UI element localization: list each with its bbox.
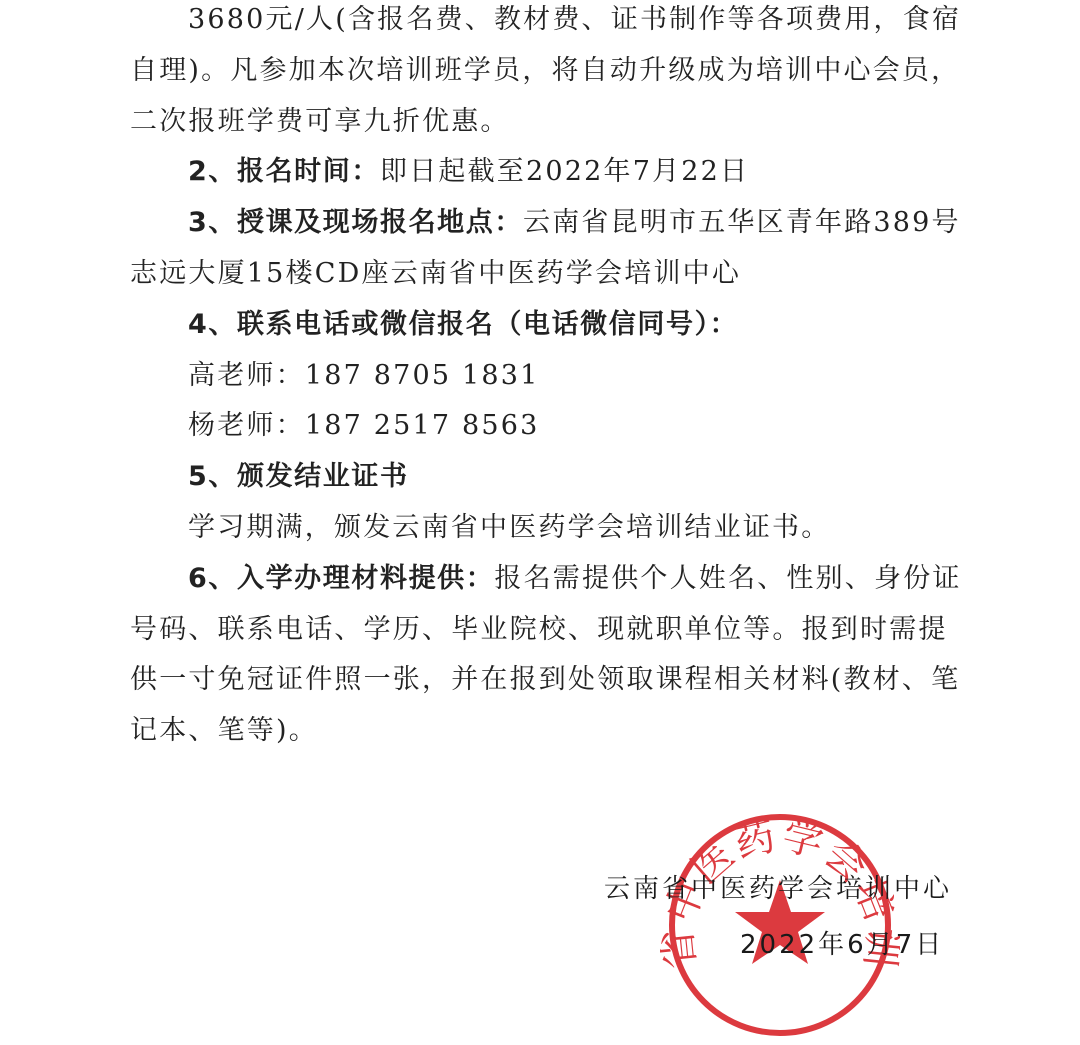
fee-line-2: 自理)。凡参加本次培训班学员，将自动升级成为培训中心会员， [130,53,960,89]
signature-organization: 云南省中医药学会培训中心 [604,872,952,906]
fee-line-3: 二次报班学费可享九折优惠。 [130,104,960,140]
contact-name: 高老师： [188,360,305,391]
registration-time-heading: 2、报名时间： [188,156,380,187]
location-heading: 3、授课及现场报名地点： [188,207,523,238]
contact-name: 杨老师： [188,410,305,441]
signature-date: 2022年6月7日 [740,928,944,962]
materials-body: 报名需提供个人姓名、性别、身份证 [494,563,961,594]
registration-time-paragraph: 2、报名时间：即日起截至2022年7月22日 [188,154,1018,190]
contact-item: 高老师：187 8705 1831 [188,358,1018,394]
certificate-heading: 5、颁发结业证书 [188,459,1018,495]
contact-phone: 187 8705 1831 [305,360,540,391]
materials-body-line4: 记本、笔等)。 [130,713,960,749]
materials-heading: 6、入学办理材料提供： [188,563,494,594]
location-body: 云南省昆明市五华区青年路389号 [523,207,961,238]
contact-item: 杨老师：187 2517 8563 [188,408,1018,444]
official-seal-stamp: 云南省中医药学会培训中心 [660,800,900,1045]
certificate-body: 学习期满，颁发云南省中医药学会培训结业证书。 [188,510,1018,546]
location-paragraph: 3、授课及现场报名地点：云南省昆明市五华区青年路389号 [188,205,1018,241]
contact-heading: 4、联系电话或微信报名（电话微信同号）： [188,307,1018,343]
document-page: 3680元/人(含报名费、教材费、证书制作等各项费用，食宿 自理)。凡参加本次培… [0,0,1080,1045]
fee-line-1: 3680元/人(含报名费、教材费、证书制作等各项费用，食宿 [188,2,1018,38]
contact-phone: 187 2517 8563 [305,410,540,441]
materials-body-line2: 号码、联系电话、学历、毕业院校、现就职单位等。报到时需提 [130,612,960,648]
materials-body-line3: 供一寸免冠证件照一张，并在报到处领取课程相关材料(教材、笔 [130,662,960,698]
registration-time-body: 即日起截至2022年7月22日 [380,156,749,187]
location-body-line2: 志远大厦15楼CD座云南省中医药学会培训中心 [130,256,960,292]
materials-paragraph: 6、入学办理材料提供：报名需提供个人姓名、性别、身份证 [188,561,1018,597]
